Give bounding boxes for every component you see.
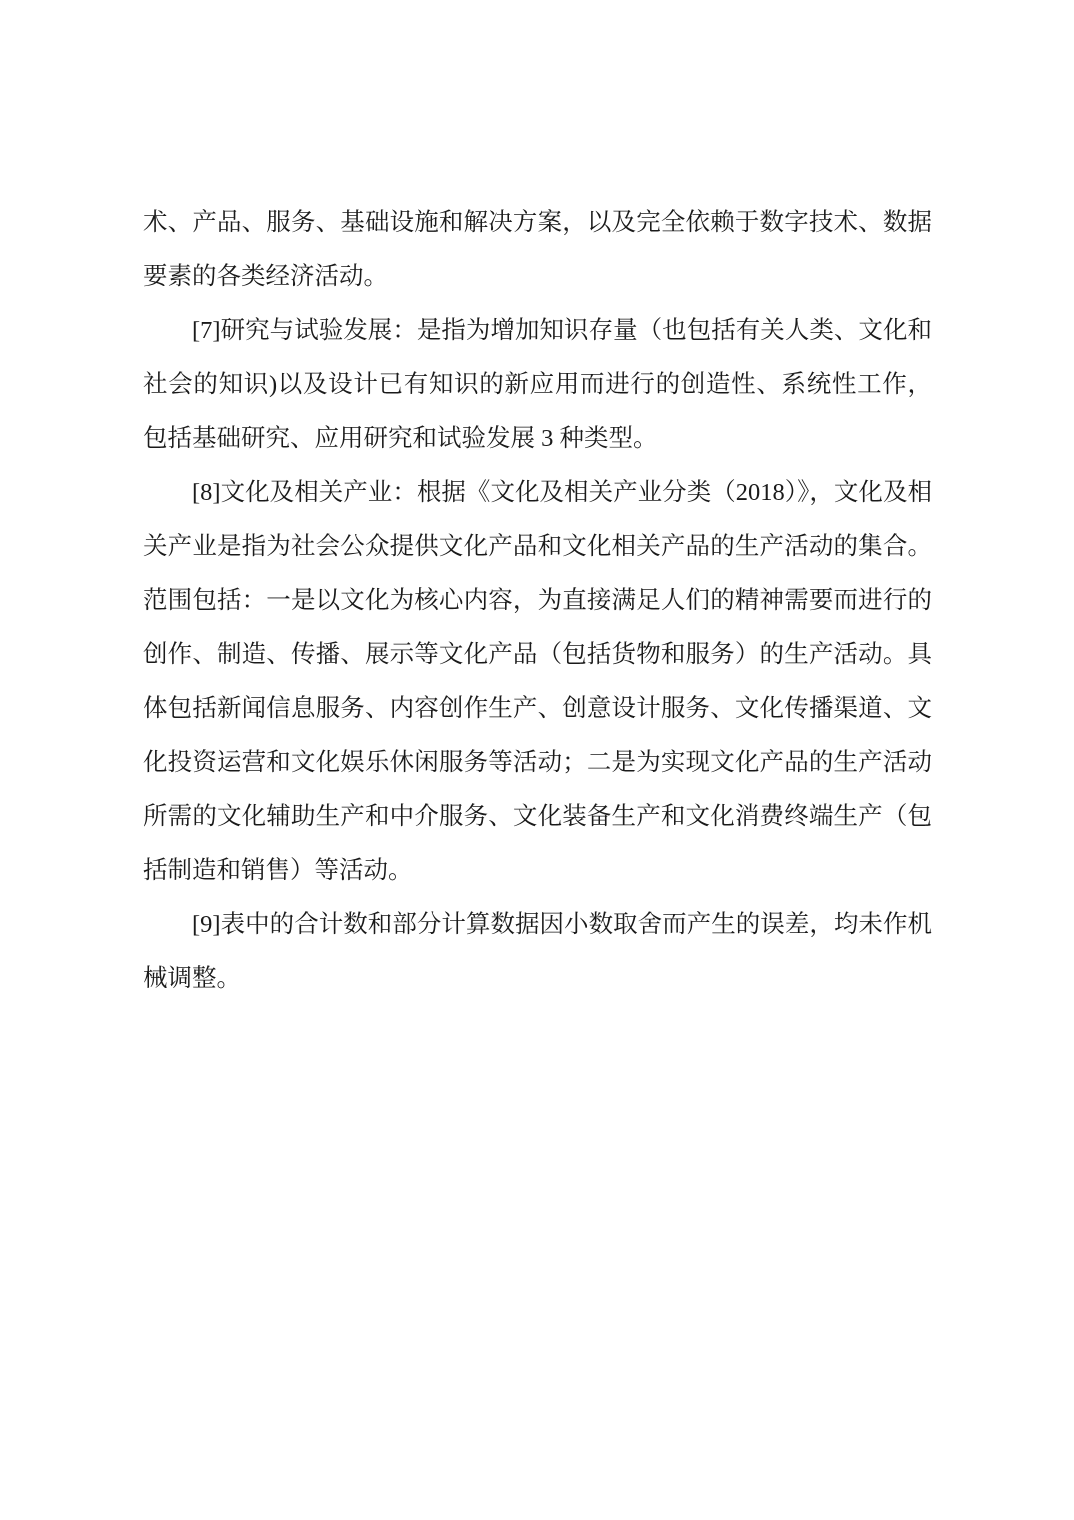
footnote-9: [9]表中的合计数和部分计算数据因小数取舍而产生的误差，均未作机械调整。 bbox=[143, 898, 932, 1006]
footnote-7: [7]研究与试验发展：是指为增加知识存量（也包括有关人类、文化和社会的知识)以及… bbox=[143, 304, 932, 466]
document-page: 术、产品、服务、基础设施和解决方案，以及完全依赖于数字技术、数据要素的各类经济活… bbox=[0, 0, 1074, 1520]
paragraph-continuation: 术、产品、服务、基础设施和解决方案，以及完全依赖于数字技术、数据要素的各类经济活… bbox=[143, 196, 932, 304]
footnote-8: [8]文化及相关产业：根据《文化及相关产业分类（2018）》，文化及相关产业是指… bbox=[143, 466, 932, 898]
